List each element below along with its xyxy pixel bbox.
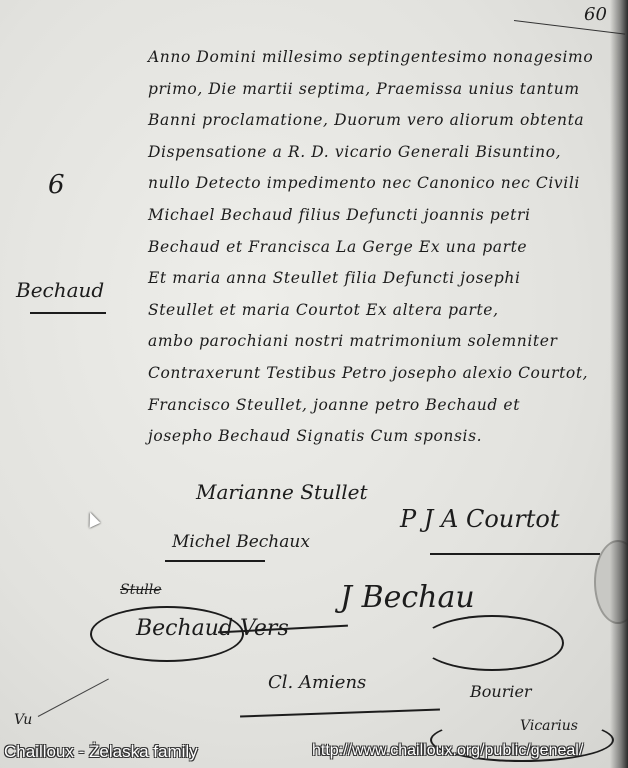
- document-scan: 60 6 Bechaud Anno Domini millesimo septi…: [0, 0, 628, 768]
- record-body: Anno Domini millesimo septingentesimo no…: [148, 42, 618, 453]
- body-line: Banni proclamatione, Duorum vero aliorum…: [148, 105, 618, 137]
- body-line: primo, Die martii septima, Praemissa uni…: [148, 74, 618, 106]
- body-line: nullo Detecto impedimento nec Canonico n…: [148, 168, 618, 200]
- body-line: Bechaud et Francisca La Gerge Ex una par…: [148, 232, 618, 264]
- signature-witness-j-bechaud: J Bechau: [340, 580, 475, 615]
- signature-underline: [240, 709, 440, 718]
- body-line: Dispensatione a R. D. vicario Generali B…: [148, 137, 618, 169]
- signature-groom: Michel Bechaux: [172, 532, 310, 552]
- signature-bride: Marianne Stullet: [196, 480, 368, 504]
- signature-underline: [430, 553, 600, 555]
- margin-underline: [30, 312, 106, 314]
- watermark-family: Chailloux - Żelaska family: [4, 742, 198, 762]
- body-line: Steullet et maria Courtot Ex altera part…: [148, 295, 618, 327]
- page-number: 60: [584, 4, 607, 25]
- body-line: Francisco Steullet, joanne petro Bechaud…: [148, 390, 618, 422]
- margin-surname: Bechaud: [16, 278, 104, 302]
- signature-witness-steullet: Stulle: [120, 582, 161, 598]
- margin-stroke: [38, 679, 109, 717]
- mouse-pointer-icon: [84, 510, 101, 528]
- body-line: Michael Bechaud filius Defuncti joannis …: [148, 200, 618, 232]
- signature-witness-courtot: P J A Courtot: [400, 505, 559, 533]
- watermark-url: http://www.chailloux.org/public/geneal/: [312, 742, 583, 760]
- signature-bourier: Bourier: [470, 682, 532, 701]
- entry-number: 6: [48, 170, 65, 200]
- body-line: josepho Bechaud Signatis Cum sponsis.: [148, 421, 618, 453]
- body-line: ambo parochiani nostri matrimonium solem…: [148, 326, 618, 358]
- body-line: Anno Domini millesimo septingentesimo no…: [148, 42, 618, 74]
- body-line: Contraxerunt Testibus Petro josepho alex…: [148, 358, 618, 390]
- margin-note-vu: Vu: [14, 712, 32, 728]
- page-edge-shadow: [610, 0, 628, 768]
- body-line: Et maria anna Steullet filia Defuncti jo…: [148, 263, 618, 295]
- signature-underline: [165, 560, 265, 562]
- signature-flourish: [420, 615, 564, 671]
- page-number-stroke: [514, 20, 625, 35]
- signature-priest: Cl. Amiens: [268, 672, 366, 693]
